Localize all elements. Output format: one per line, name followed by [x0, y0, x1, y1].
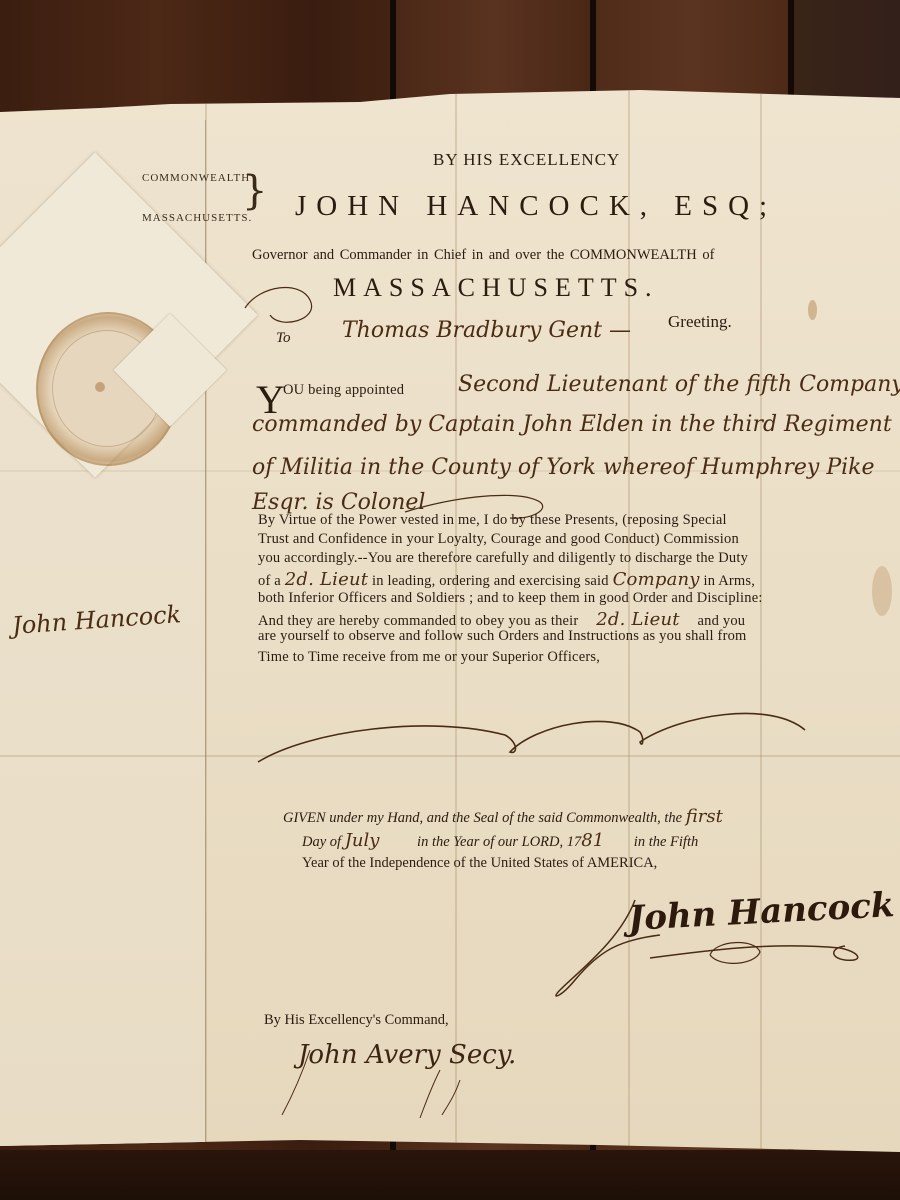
body-line-7: are yourself to observe and follow such … [258, 628, 747, 645]
given-line-1: GIVEN under my Hand, and the Seal of the… [283, 806, 723, 827]
appointment-printed: OU being appointed [283, 382, 404, 399]
day-handwritten: first [686, 806, 723, 827]
month-handwritten: July [345, 830, 380, 851]
year-handwritten: 81 [581, 830, 604, 851]
header-by-his-excellency: BY HIS EXCELLENCY [433, 150, 620, 170]
given-year-text: in the Year of our LORD, 17 [417, 834, 581, 850]
header-massachusetts: MASSACHUSETTS. [333, 273, 659, 303]
rank-abbrev-handwritten-2: 2d. Lieut [596, 609, 679, 630]
body-line-3: you accordingly.--You are therefore care… [258, 550, 748, 567]
paper-stain [872, 566, 892, 616]
wood-bottom [0, 1150, 900, 1200]
secretary-flourish [260, 1040, 520, 1120]
body-line-1: By Virtue of the Power vested in me, I d… [258, 512, 727, 529]
body-line-4-pre: of a [258, 573, 281, 589]
rank-abbrev-handwritten: 2d. Lieut [285, 569, 368, 590]
body-line-4-post: in Arms, [704, 573, 756, 589]
seal-star-mark [95, 382, 105, 392]
salutation-greeting: Greeting. [668, 312, 732, 332]
header-john-hancock: JOHN HANCOCK, ESQ; [295, 190, 777, 223]
header-title-line: Governor and Commander in Chief in and o… [252, 247, 714, 264]
body-line-8: Time to Time receive from me or your Sup… [258, 649, 600, 666]
given-line-2: Day of July in the Year of our LORD, 178… [302, 830, 698, 851]
brace-glyph: } [242, 168, 267, 214]
margin-massachusetts-label: MASSACHUSETTS. [142, 212, 252, 224]
given-line-1-text: GIVEN under my Hand, and the Seal of the… [283, 810, 682, 826]
appointment-line3: of Militia in the County of York whereof… [252, 455, 875, 480]
fold-line [205, 90, 207, 1155]
appointment-rank: Second Lieutenant of the fifth Company [458, 372, 900, 397]
body-line-5: both Inferior Officers and Soldiers ; an… [258, 590, 763, 607]
decorative-scroll-flourish [250, 690, 820, 770]
paper-stain [808, 300, 817, 320]
company-handwritten: Company [613, 569, 700, 590]
signature-flourish [540, 880, 880, 1010]
margin-commonwealth-label: COMMONWEALTH [142, 172, 250, 184]
body-line-6-pre: And they are hereby commanded to obey yo… [258, 613, 578, 629]
given-fifth: in the Fifth [634, 834, 698, 850]
appointment-line2: commanded by Captain John Elden in the t… [252, 412, 892, 437]
salutation-to: To [276, 330, 290, 347]
recipient-name: Thomas Bradbury Gent — [342, 318, 631, 343]
body-line-2: Trust and Confidence in your Loyalty, Co… [258, 531, 739, 548]
given-line-3: Year of the Independence of the United S… [302, 855, 657, 872]
body-line-4-mid: in leading, ordering and exercising said [372, 573, 609, 589]
command-label: By His Excellency's Command, [264, 1012, 449, 1029]
body-line-6: And they are hereby commanded to obey yo… [258, 609, 745, 630]
given-day-of: Day of [302, 834, 341, 850]
body-line-4: of a 2d. Lieut in leading, ordering and … [258, 569, 755, 590]
body-line-6-post: and you [698, 613, 746, 629]
